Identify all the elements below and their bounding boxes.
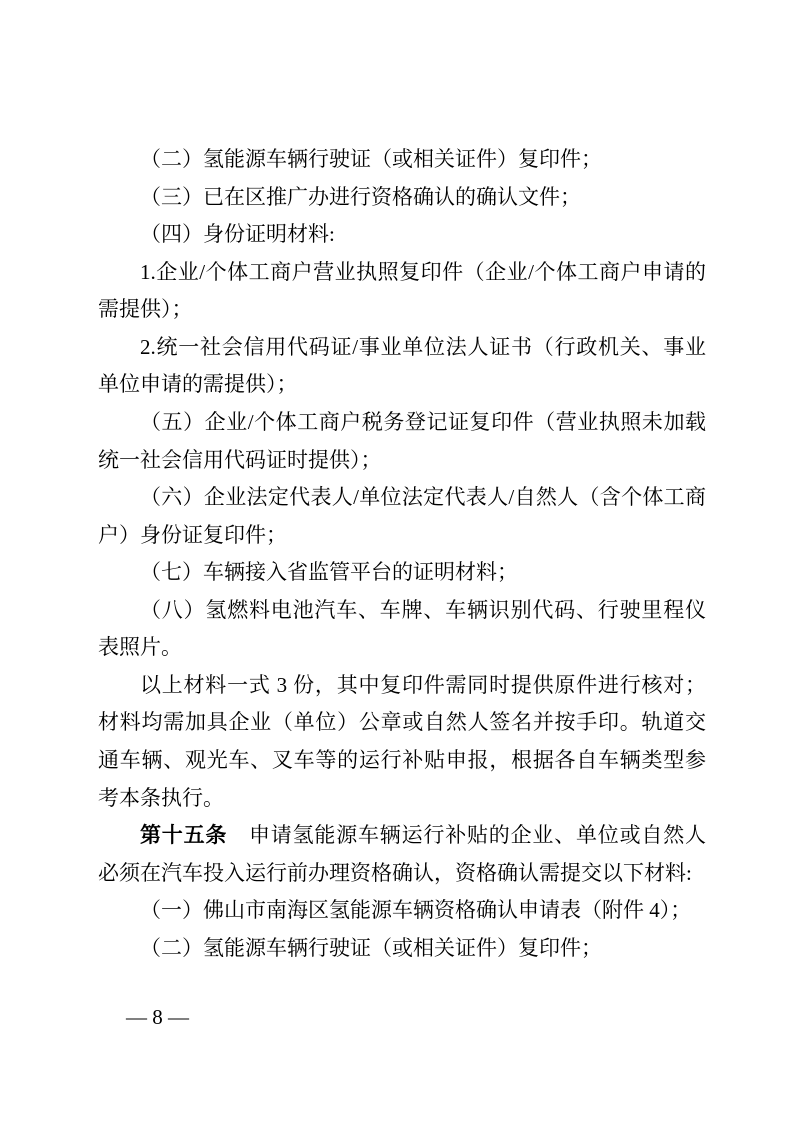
text-run: （七）车辆接入省监管平台的证明材料； [140,560,518,584]
document-page: （二）氢能源车辆行驶证（或相关证件）复印件；（三）已在区推广办进行资格确认的确认… [0,0,794,1123]
document-body: （二）氢能源车辆行驶证（或相关证件）复印件；（三）已在区推广办进行资格确认的确认… [98,141,706,967]
text-run: 1.企业/个体工商户营业执照复印件（企业/个体工商户申请的需提供）； [98,260,706,322]
paragraph: （三）已在区推广办进行资格确认的确认文件； [98,179,706,217]
page-number: — 8 — [126,1002,189,1032]
paragraph: （二）氢能源车辆行驶证（或相关证件）复印件； [98,141,706,179]
paragraph: （一）佛山市南海区氢能源车辆资格确认申请表（附件 4）； [98,892,706,930]
article-number-label: 第十五条 [140,823,227,847]
text-run: 2.统一社会信用代码证/事业单位法人证书（行政机关、事业单位申请的需提供）； [98,335,706,397]
text-run: （二）氢能源车辆行驶证（或相关证件）复印件； [140,936,602,960]
paragraph: （二）氢能源车辆行驶证（或相关证件）复印件； [98,930,706,968]
text-run: （一）佛山市南海区氢能源车辆资格确认申请表（附件 4）； [140,898,691,922]
paragraph: 以上材料一式 3 份，其中复印件需同时提供原件进行核对；材料均需加具企业（单位）… [98,667,706,817]
text-run: 以上材料一式 3 份，其中复印件需同时提供原件进行核对；材料均需加具企业（单位）… [98,673,706,810]
paragraph: （六）企业法定代表人/单位法定代表人/自然人（含个体工商户）身份证复印件； [98,479,706,554]
paragraph: （八）氢燃料电池汽车、车牌、车辆识别代码、行驶里程仪表照片。 [98,592,706,667]
text-run: （二）氢能源车辆行驶证（或相关证件）复印件； [140,147,602,171]
paragraph: 第十五条 申请氢能源车辆运行补贴的企业、单位或自然人必须在汽车投入运行前办理资格… [98,817,706,892]
paragraph: （七）车辆接入省监管平台的证明材料； [98,554,706,592]
text-run: （四）身份证明材料: [140,222,335,246]
text-run: （三）已在区推广办进行资格确认的确认文件； [140,185,581,209]
paragraph: （四）身份证明材料: [98,216,706,254]
text-run: （五）企业/个体工商户税务登记证复印件（营业执照未加载统一社会信用代码证时提供）… [98,410,706,472]
paragraph: 1.企业/个体工商户营业执照复印件（企业/个体工商户申请的需提供）； [98,254,706,329]
text-run: （六）企业法定代表人/单位法定代表人/自然人（含个体工商户）身份证复印件； [98,485,706,547]
text-run: （八）氢燃料电池汽车、车牌、车辆识别代码、行驶里程仪表照片。 [98,598,706,660]
paragraph: （五）企业/个体工商户税务登记证复印件（营业执照未加载统一社会信用代码证时提供）… [98,404,706,479]
paragraph: 2.统一社会信用代码证/事业单位法人证书（行政机关、事业单位申请的需提供）； [98,329,706,404]
